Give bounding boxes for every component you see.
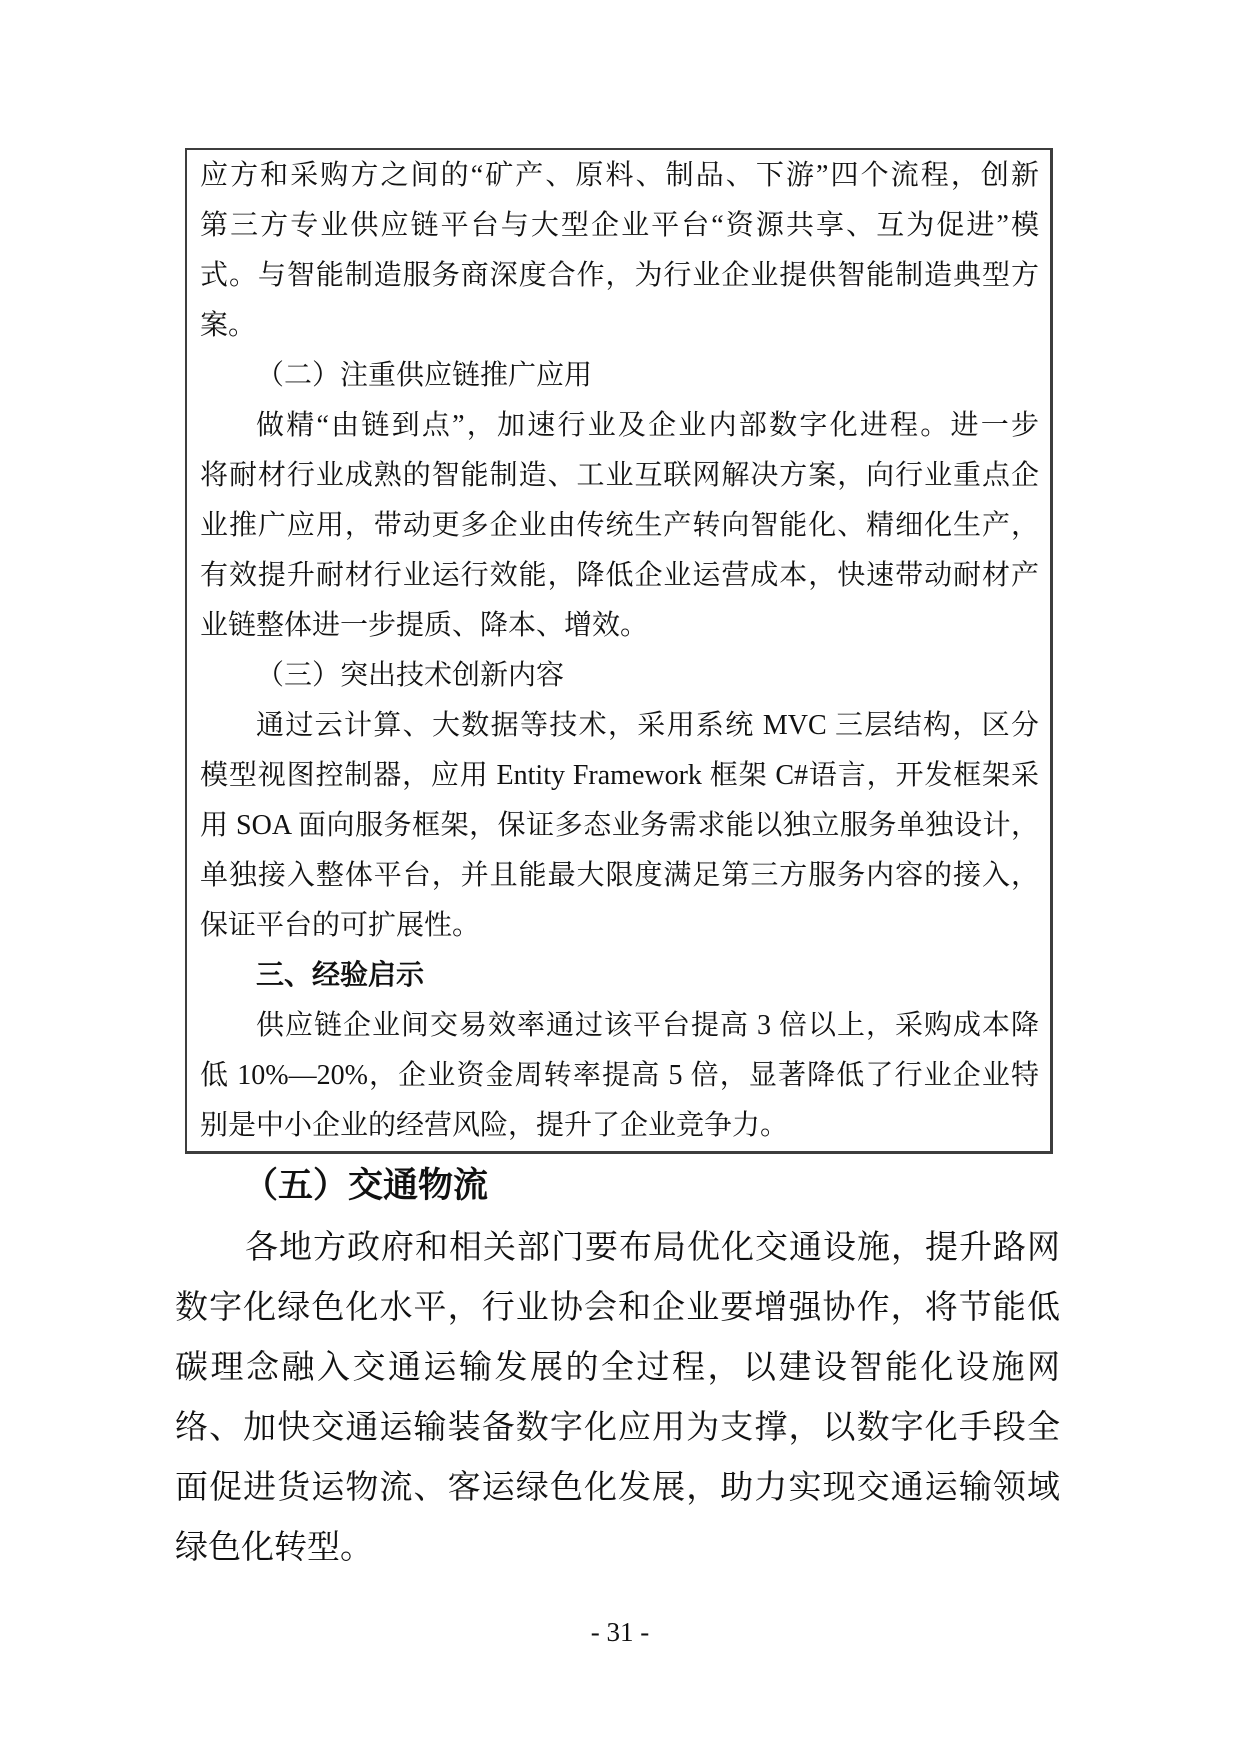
- case-box-line: 用 SOA 面向服务框架，保证多态业务需求能以独立服务单独设计，: [200, 801, 1039, 851]
- case-box-line: 通过云计算、大数据等技术，采用系统 MVC 三层结构，区分: [200, 701, 1039, 751]
- case-box-line: 式。与智能制造服务商深度合作，为行业企业提供智能制造典型方: [200, 251, 1039, 301]
- case-box-line: 将耐材行业成熟的智能制造、工业互联网解决方案，向行业重点企: [200, 451, 1039, 501]
- paragraph-line: 数字化绿色化水平，行业协会和企业要增强协作，将节能低: [175, 1278, 1060, 1338]
- case-box-line: 保证平台的可扩展性。: [200, 901, 1039, 951]
- section-heading-transport-logistics: （五）交通物流: [175, 1163, 1128, 1209]
- case-box-line: 有效提升耐材行业运行效能，降低企业运营成本，快速带动耐材产: [200, 551, 1039, 601]
- case-box-line: 别是中小企业的经营风险，提升了企业竞争力。: [200, 1101, 1039, 1151]
- case-box-line: 低 10%—20%，企业资金周转率提高 5 倍，显著降低了行业企业特: [200, 1051, 1039, 1101]
- case-box-line: 单独接入整体平台，并且能最大限度满足第三方服务内容的接入，: [200, 851, 1039, 901]
- paragraph-line: 各地方政府和相关部门要布局优化交通设施，提升路网: [175, 1218, 1060, 1278]
- paragraph-line: 面促进货运物流、客运绿色化发展，助力实现交通运输领域: [175, 1458, 1060, 1518]
- paragraph-line: 绿色化转型。: [175, 1518, 1060, 1578]
- case-box-line: 案。: [200, 301, 1039, 351]
- case-box-line: 做精“由链到点”，加速行业及企业内部数字化进程。进一步: [200, 401, 1039, 451]
- case-box-line: 业推广应用，带动更多企业由传统生产转向智能化、精细化生产，: [200, 501, 1039, 551]
- case-box-line: 供应链企业间交易效率通过该平台提高 3 倍以上，采购成本降: [200, 1001, 1039, 1051]
- case-box-line: 应方和采购方之间的“矿产、原料、制品、下游”四个流程，创新: [200, 151, 1039, 201]
- page-number: - 31 -: [0, 1616, 1240, 1648]
- paragraph-line: 碳理念融入交通运输发展的全过程，以建设智能化设施网: [175, 1338, 1060, 1398]
- document-page: 应方和采购方之间的“矿产、原料、制品、下游”四个流程，创新 第三方专业供应链平台…: [0, 0, 1240, 1753]
- paragraph-line: 络、加快交通运输装备数字化应用为支撑，以数字化手段全: [175, 1398, 1060, 1458]
- case-box-line: 第三方专业供应链平台与大型企业平台“资源共享、互为促进”模: [200, 201, 1039, 251]
- case-box-line: 模型视图控制器，应用 Entity Framework 框架 C#语言，开发框架…: [200, 751, 1039, 801]
- case-study-box: 应方和采购方之间的“矿产、原料、制品、下游”四个流程，创新 第三方专业供应链平台…: [185, 148, 1053, 1154]
- case-box-subheading: （二）注重供应链推广应用: [200, 351, 1039, 401]
- case-box-subheading: （三）突出技术创新内容: [200, 651, 1039, 701]
- case-box-line: 业链整体进一步提质、降本、增效。: [200, 601, 1039, 651]
- case-box-subheading: 三、经验启示: [200, 951, 1039, 1001]
- section-paragraph: 各地方政府和相关部门要布局优化交通设施，提升路网 数字化绿色化水平，行业协会和企…: [175, 1218, 1060, 1578]
